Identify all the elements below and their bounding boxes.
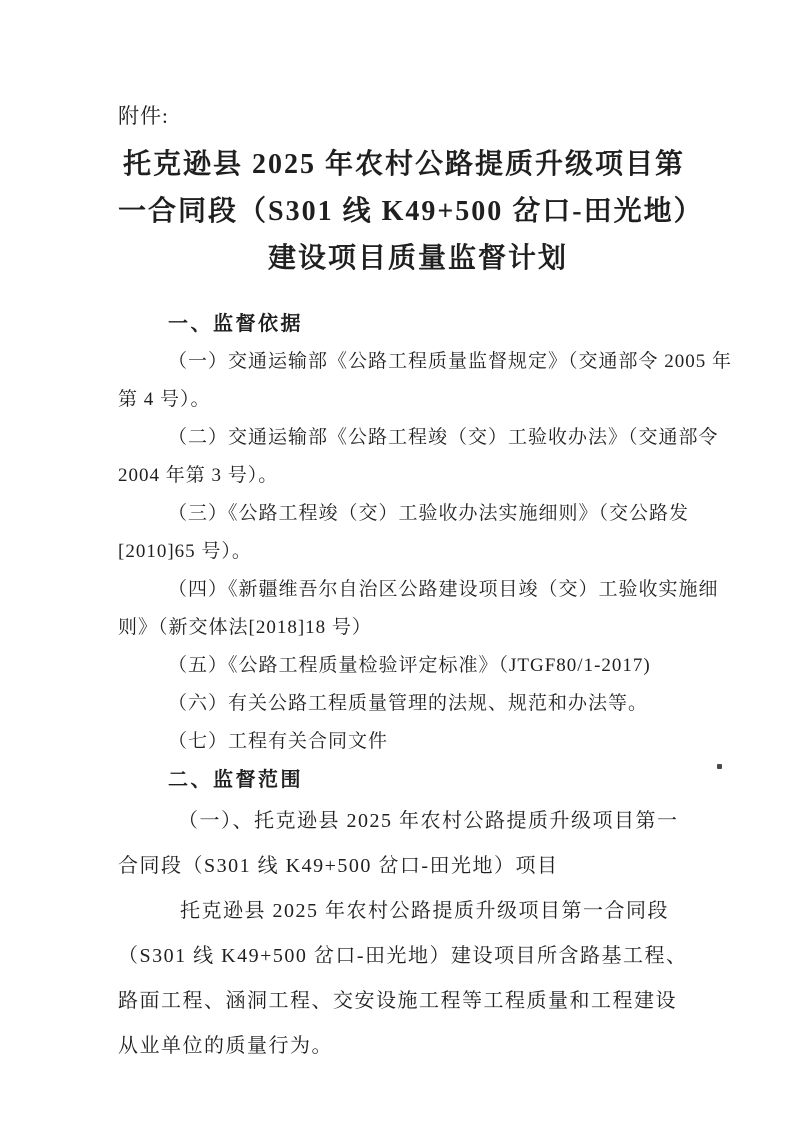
title-line-1: 托克逊县 2025 年农村公路提质升级项目第	[118, 141, 718, 188]
document-content: 附件: 托克逊县 2025 年农村公路提质升级项目第 一合同段（S301 线 K…	[0, 0, 793, 1069]
paragraph-line: [2010]65 号）。	[118, 533, 718, 571]
paragraph-line: （六）有关公路工程质量管理的法规、规范和办法等。	[118, 685, 718, 723]
paragraph: （五）《公路工程质量检验评定标准》（JTGF80/1-2017)	[118, 647, 718, 685]
title-line-3: 建设项目质量监督计划	[118, 235, 718, 282]
paragraph-line: （三）《公路工程竣（交）工验收办法实施细则》（交公路发	[118, 495, 718, 533]
paragraph: （六）有关公路工程质量管理的法规、规范和办法等。	[118, 685, 718, 723]
document-page: 附件: 托克逊县 2025 年农村公路提质升级项目第 一合同段（S301 线 K…	[0, 0, 793, 1122]
paragraph-line: 2004 年第 3 号）。	[118, 457, 718, 495]
section-heading-supervision-scope: 二、监督范围	[118, 761, 718, 799]
paragraph: （一）、托克逊县 2025 年农村公路提质升级项目第一 合同段（S301 线 K…	[118, 799, 718, 889]
paragraph: 托克逊县 2025 年农村公路提质升级项目第一合同段 （S301 线 K49+5…	[118, 889, 718, 1069]
paragraph-line: （S301 线 K49+500 岔口-田光地）建设项目所含路基工程、	[118, 934, 718, 979]
paragraph-line: （七）工程有关合同文件	[118, 723, 718, 761]
scan-speck-artifact	[717, 764, 722, 769]
document-title: 托克逊县 2025 年农村公路提质升级项目第 一合同段（S301 线 K49+5…	[118, 141, 718, 282]
paragraph: （七）工程有关合同文件	[118, 723, 718, 761]
attachment-label: 附件:	[118, 103, 718, 129]
paragraph-line: 从业单位的质量行为。	[118, 1024, 718, 1069]
paragraph-line: （四）《新疆维吾尔自治区公路建设项目竣（交）工验收实施细	[118, 571, 718, 609]
paragraph-line: （一）、托克逊县 2025 年农村公路提质升级项目第一	[118, 799, 718, 844]
paragraph-line: 则》（新交体法[2018]18 号）	[118, 609, 718, 647]
paragraph: （四）《新疆维吾尔自治区公路建设项目竣（交）工验收实施细 则》（新交体法[201…	[118, 571, 718, 647]
paragraph-line: 合同段（S301 线 K49+500 岔口-田光地）项目	[118, 844, 718, 889]
paragraph-line: （一）交通运输部《公路工程质量监督规定》（交通部令 2005 年	[118, 343, 718, 381]
section-heading-supervision-basis: 一、监督依据	[118, 305, 718, 343]
paragraph-line: （二）交通运输部《公路工程竣（交）工验收办法》（交通部令	[118, 419, 718, 457]
paragraph-line: （五）《公路工程质量检验评定标准》（JTGF80/1-2017)	[118, 647, 718, 685]
paragraph-line: 第 4 号）。	[118, 381, 718, 419]
document-body: 一、监督依据 （一）交通运输部《公路工程质量监督规定》（交通部令 2005 年 …	[118, 305, 718, 1069]
paragraph-line: 托克逊县 2025 年农村公路提质升级项目第一合同段	[118, 889, 718, 934]
paragraph: （一）交通运输部《公路工程质量监督规定》（交通部令 2005 年 第 4 号）。	[118, 343, 718, 419]
title-line-2: 一合同段（S301 线 K49+500 岔口-田光地）	[118, 188, 718, 235]
paragraph: （二）交通运输部《公路工程竣（交）工验收办法》（交通部令 2004 年第 3 号…	[118, 419, 718, 495]
paragraph-line: 路面工程、涵洞工程、交安设施工程等工程质量和工程建设	[118, 979, 718, 1024]
paragraph: （三）《公路工程竣（交）工验收办法实施细则》（交公路发 [2010]65 号）。	[118, 495, 718, 571]
